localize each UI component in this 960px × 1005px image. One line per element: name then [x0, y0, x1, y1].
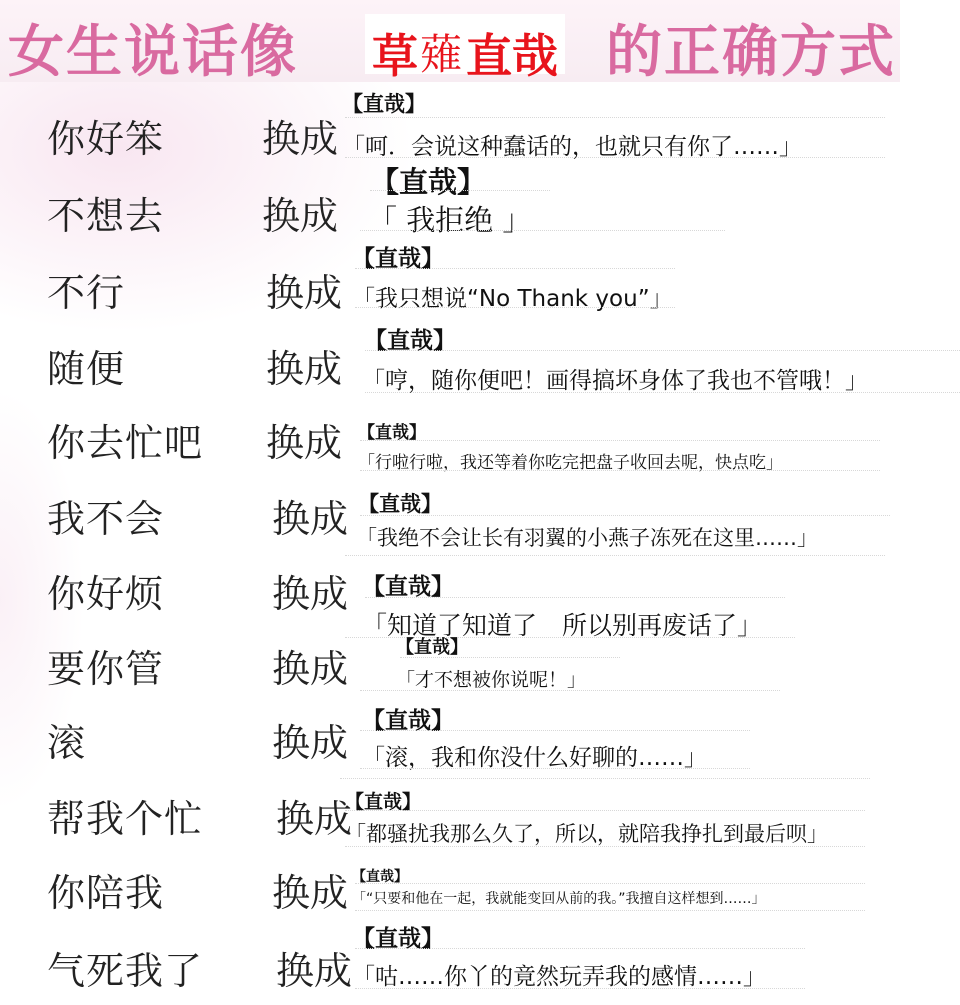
- divider: [360, 470, 880, 471]
- title-prefix: 女生说话像: [8, 8, 298, 88]
- divider: [355, 910, 865, 911]
- connector-4: 换成: [266, 338, 342, 393]
- connector-12: 换成: [276, 940, 352, 995]
- title-highlight-2: 薙: [420, 22, 462, 82]
- divider: [400, 657, 620, 658]
- reply-10: 「都骚扰我那么久了，所以，就陪我挣扎到最后呗」: [345, 818, 828, 848]
- divider: [360, 768, 750, 769]
- divider: [365, 597, 785, 598]
- reply-11: 「“只要和他在一起，我就能变回从前的我。”我擅自这样想到……」: [352, 888, 766, 908]
- divider: [355, 988, 805, 989]
- connector-6: 换成: [272, 488, 348, 543]
- divider: [340, 778, 870, 779]
- tag-2: 【直哉】: [370, 160, 486, 201]
- divider: [345, 157, 885, 158]
- divider: [370, 190, 550, 191]
- phrase-7: 你好烦: [47, 563, 164, 618]
- phrase-11: 你陪我: [47, 862, 164, 917]
- divider: [345, 810, 865, 811]
- reply-6: 「我绝不会让长有羽翼的小燕子冻死在这里……」: [356, 522, 818, 552]
- connector-10: 换成: [276, 788, 352, 843]
- connector-7: 换成: [272, 563, 348, 618]
- connector-8: 换成: [272, 638, 348, 693]
- phrase-5: 你去忙吧: [47, 412, 203, 467]
- connector-9: 换成: [272, 712, 348, 767]
- tag-8: 【直哉】: [396, 633, 468, 659]
- divider: [360, 515, 890, 516]
- phrase-4: 随便: [47, 338, 125, 393]
- divider: [360, 440, 880, 441]
- tag-1: 【直哉】: [342, 88, 426, 118]
- divider: [360, 230, 725, 231]
- divider: [345, 555, 885, 556]
- connector-2: 换成: [262, 185, 338, 240]
- connector-5: 换成: [266, 412, 342, 467]
- phrase-2: 不想去: [47, 185, 164, 240]
- phrase-10: 帮我个忙: [47, 788, 203, 843]
- divider: [365, 350, 960, 351]
- divider: [355, 948, 805, 949]
- divider: [355, 268, 675, 269]
- reply-4: 「哼，随你便吧！画得搞坏身体了我也不管哦！」: [362, 362, 868, 395]
- title-highlight-1: 草: [372, 20, 418, 86]
- phrase-12: 气死我了: [47, 940, 203, 995]
- phrase-9: 滚: [47, 712, 86, 767]
- divider: [365, 392, 960, 393]
- title-highlight-3: 直哉: [466, 20, 558, 86]
- reply-2: 「 我拒绝 」: [368, 198, 531, 239]
- reply-3: 「我只想说“No Thank you”」: [352, 280, 673, 313]
- tag-6: 【直哉】: [358, 488, 442, 518]
- reply-8: 「才不想被你说呢！」: [396, 665, 586, 692]
- connector-3: 换成: [266, 262, 342, 317]
- divider: [355, 307, 675, 308]
- connector-1: 换成: [262, 108, 338, 163]
- phrase-8: 要你管: [47, 638, 164, 693]
- phrase-1: 你好笨: [47, 108, 164, 163]
- divider: [345, 117, 885, 118]
- divider: [355, 883, 865, 884]
- reply-12: 「咕……你丫的竟然玩弄我的感情……」: [352, 958, 766, 991]
- connector-11: 换成: [272, 862, 348, 917]
- phrase-3: 不行: [47, 262, 125, 317]
- divider: [345, 846, 865, 847]
- title-suffix: 的正确方式: [606, 8, 896, 88]
- phrase-6: 我不会: [47, 488, 164, 543]
- divider: [360, 730, 750, 731]
- divider: [360, 690, 780, 691]
